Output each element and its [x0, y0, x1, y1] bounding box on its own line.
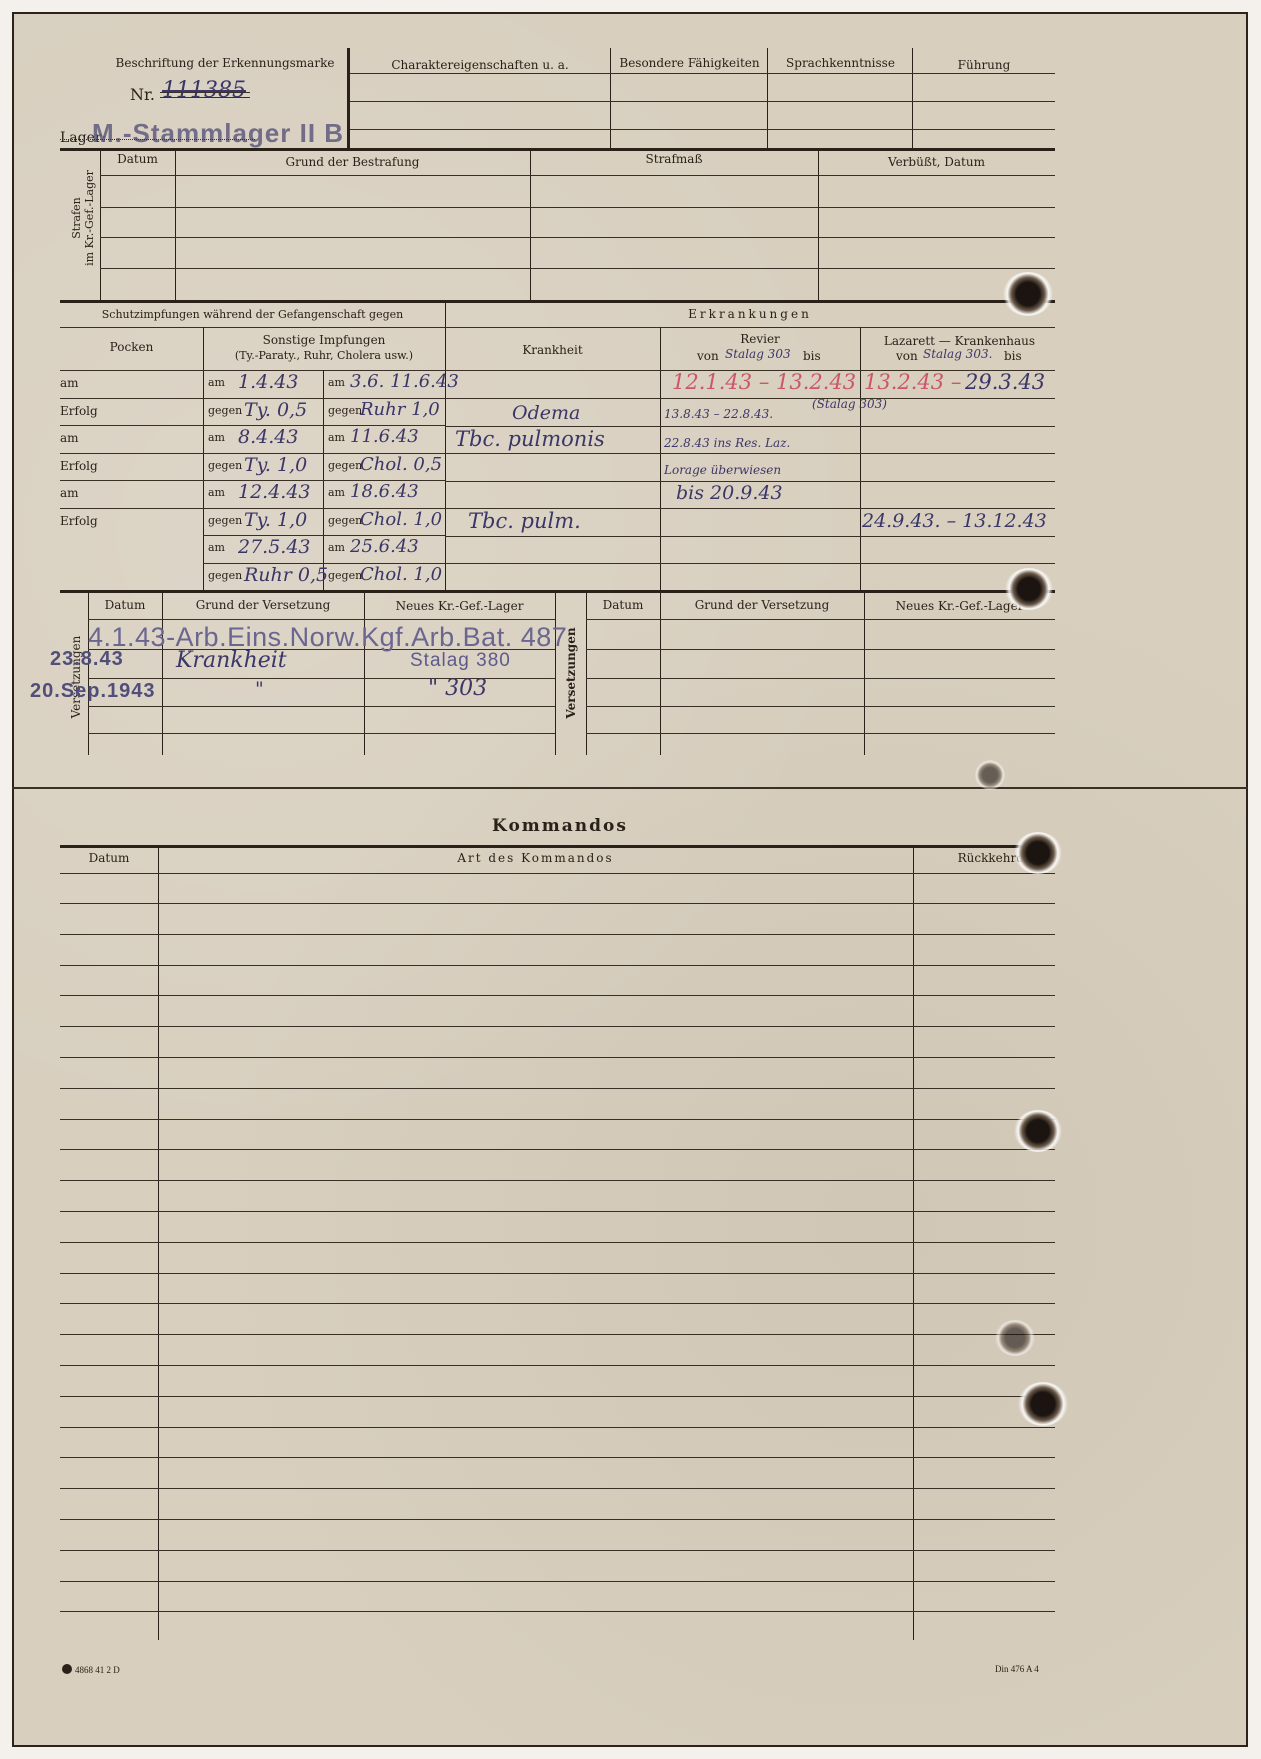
tag-label: Beschriftung der Erkennungsmarke [100, 56, 350, 70]
vacc-label: gegen [328, 404, 362, 417]
vacc-label: am [328, 431, 345, 444]
kommando-row-line [60, 934, 1055, 935]
vacc-label: am [208, 431, 225, 444]
transfer-right-col-reason: Grund der Versetzung [660, 598, 864, 612]
vacc-label: gegen [328, 569, 362, 582]
pocken-label: Erfolg [60, 514, 98, 528]
vacc-value: Ty. 1,0 [244, 509, 307, 531]
punch-hole [1014, 1110, 1062, 1152]
kommando-row-line [60, 1488, 1055, 1489]
publisher-seal-icon [62, 1664, 72, 1674]
kommando-row-line [60, 1427, 1055, 1428]
pocken-label: am [60, 486, 79, 500]
vacc-value: 12.4.43 [238, 481, 311, 503]
vacc-label: gegen [208, 514, 242, 527]
col-penalty: Strafmaß [530, 152, 818, 166]
transfer-camp-1: Stalag 380 [410, 650, 511, 672]
vacc-value: 11.6.43 [350, 426, 419, 447]
col-skills: Besondere Fähigkeiten [612, 56, 767, 70]
kommando-row-line [60, 1026, 1055, 1027]
col-revier: Revier [660, 332, 860, 346]
kommando-row-line [60, 1365, 1055, 1366]
lazarett-note: (Stalag 303) [812, 397, 887, 411]
vaccinations-title: Schutzimpfungen während der Gefangenscha… [60, 308, 445, 321]
illnesses-title: Erkrankungen [445, 307, 1055, 321]
transfer-col-date: Datum [88, 598, 162, 612]
footer-din-format: Din 476 A 4 [995, 1664, 1039, 1674]
vacc-value: 27.5.43 [238, 536, 311, 558]
kommando-row-line [60, 1611, 1055, 1612]
transfer-col-reason: Grund der Versetzung [162, 598, 364, 612]
pocken-label: Erfolg [60, 404, 98, 418]
vacc-value: 18.6.43 [350, 481, 419, 502]
kommando-row-line [60, 1303, 1055, 1304]
kommando-row-line [60, 1242, 1055, 1243]
kommando-row-line [60, 1273, 1055, 1274]
kommando-row-line [60, 1057, 1055, 1058]
revier-entry-4: Lorage überwiesen [664, 463, 781, 477]
revier-entry-1: 12.1.43 – 13.2.43 [672, 370, 856, 394]
vacc-value: Ruhr 1,0 [360, 399, 440, 420]
kommando-row-line [60, 1211, 1055, 1212]
col-reason: Grund der Bestrafung [175, 155, 530, 169]
punch-hole [995, 1320, 1035, 1356]
kommando-row-line [60, 1180, 1055, 1181]
lazarett-entry-2: 24.9.43. – 13.12.43 [862, 510, 1047, 532]
transfer-col-camp: Neues Kr.-Gef.-Lager [364, 599, 555, 613]
vacc-value: Ruhr 0,5 [244, 564, 328, 586]
vacc-value: Ty. 1,0 [244, 454, 307, 476]
vacc-label: am [208, 541, 225, 554]
vacc-value: Chol. 0,5 [360, 454, 442, 475]
lager-stamp: M.-Stammlager II B [92, 118, 344, 149]
vacc-label: gegen [328, 514, 362, 527]
pocken-label: am [60, 431, 79, 445]
pocken-label: am [60, 376, 79, 390]
vacc-value: 8.4.43 [238, 426, 298, 448]
revier-entry-2: 13.8.43 – 22.8.43. [664, 407, 773, 421]
transfer-reason-1: Krankheit [176, 648, 287, 673]
kommandos-col-date: Datum [60, 851, 158, 865]
punch-hole [1018, 1382, 1068, 1426]
kommando-row-line [60, 1457, 1055, 1458]
vacc-label: gegen [208, 459, 242, 472]
punch-hole [1005, 568, 1053, 610]
transfer-right-col-date: Datum [586, 598, 660, 612]
kommando-row-line [60, 1088, 1055, 1089]
illness-1: Odema [512, 402, 580, 424]
kommando-row-line [60, 965, 1055, 966]
nr-label: Nr. [130, 85, 155, 104]
transfer-date-2: 20.Sep.1943 [30, 680, 156, 703]
nr-value: 111385 [162, 78, 246, 103]
col-lazarett: Lazarett — Krankenhaus [862, 334, 1057, 348]
punishments-side-label: Strafen im Kr.-Gef.-Lager [70, 143, 96, 293]
col-other-vaccines-sub: (Ty.-Paraty., Ruhr, Cholera usw.) [203, 349, 445, 362]
vacc-label: gegen [208, 404, 242, 417]
col-conduct: Führung [914, 58, 1054, 72]
kommando-row-line [60, 1396, 1055, 1397]
col-illness: Krankheit [445, 343, 660, 357]
vacc-value: 25.6.43 [350, 536, 419, 557]
vacc-value: Chol. 1,0 [360, 564, 442, 585]
revier-entry-3: 22.8.43 ins Res. Laz. [664, 436, 790, 450]
illness-3: Tbc. pulm. [468, 509, 581, 533]
kommandos-title: Kommandos [60, 816, 1060, 836]
kommando-row-line [60, 903, 1055, 904]
kommando-row-line [60, 995, 1055, 996]
transfer-camp-2: " 303 [428, 676, 487, 701]
lazarett-entry-1-end: 29.3.43 [965, 370, 1045, 394]
kommando-row-line [60, 1119, 1055, 1120]
punch-hole [1003, 272, 1053, 316]
col-languages: Sprachkenntnisse [769, 56, 912, 70]
vacc-label: am [328, 541, 345, 554]
revier-entry-5: bis 20.9.43 [676, 482, 783, 504]
vacc-label: am [208, 486, 225, 499]
vacc-label: am [328, 376, 345, 389]
col-other-vaccines: Sonstige Impfungen [203, 333, 445, 347]
kommando-row-line [60, 1519, 1055, 1520]
kommando-row-line [60, 1581, 1055, 1582]
col-date: Datum [100, 152, 175, 166]
pow-record-card-back [12, 12, 1248, 1747]
vacc-label: am [208, 376, 225, 389]
pocken-label: Erfolg [60, 459, 98, 473]
illness-2: Tbc. pulmonis [455, 427, 605, 451]
vacc-value: Ty. 0,5 [244, 399, 307, 421]
vacc-value: 1.4.43 [238, 371, 298, 393]
transfers-side-label: Versetzungen [69, 607, 83, 747]
vacc-label: am [328, 486, 345, 499]
col-pocken: Pocken [60, 340, 203, 354]
lazarett-entry-1-start: 13.2.43 – [864, 370, 961, 394]
transfer-stamp-line: 4.1.43-Arb.Eins.Norw.Kgf.Arb.Bat. 487 [88, 622, 567, 653]
transfer-date-1: 23.8.43 [50, 648, 124, 671]
kommando-row-line [60, 1334, 1055, 1335]
vacc-label: gegen [208, 569, 242, 582]
kommando-row-line [60, 1149, 1055, 1150]
vacc-value: Chol. 1,0 [360, 509, 442, 530]
footer-print-code: 4868 41 2 D [62, 1664, 120, 1675]
col-served-date: Verbüßt, Datum [818, 155, 1055, 169]
vacc-value: 3.6. 11.6.43 [350, 371, 459, 392]
vacc-label: gegen [328, 459, 362, 472]
kommandos-col-type: Art des Kommandos [158, 851, 913, 865]
punch-hole [1014, 832, 1062, 874]
kommando-row-line [60, 1550, 1055, 1551]
col-character: Charaktereigenschaften u. a. [350, 58, 610, 72]
punch-hole [975, 760, 1005, 790]
transfer-reason-2: " [255, 678, 264, 700]
